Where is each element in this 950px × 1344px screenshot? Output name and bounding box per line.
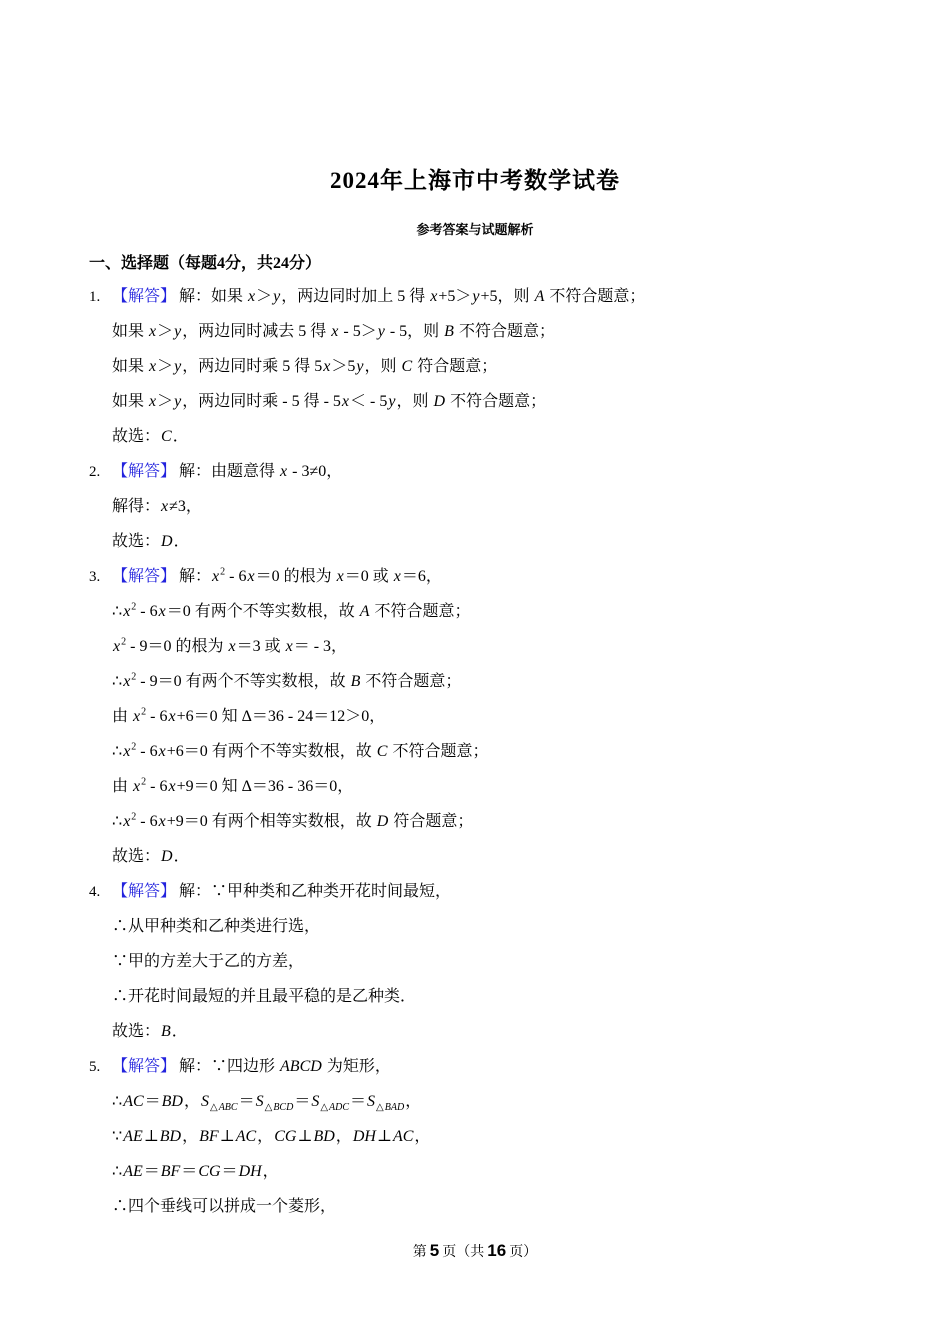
answer-text: 解：∵甲种类和乙种类开花时间最短， — [179, 883, 451, 900]
answer-text: 由 x2 - 6x+9＝0 知 Δ＝36 - 36＝0， — [112, 778, 353, 795]
answer-line: ∴AC＝BD，S△ABC＝S△BCD＝S△ADC＝S△BAD， — [0, 1084, 950, 1119]
answer-text: 解：由题意得 x - 3≠0， — [179, 463, 342, 480]
answer-label: 【解答】 — [112, 288, 176, 305]
answer-line: x2 - 9＝0 的根为 x＝3 或 x＝ - 3， — [0, 629, 950, 664]
answer-text: 解得：x≠3， — [112, 498, 202, 515]
answer-text: 解：如果 x＞y，两边同时加上 5 得 x+5＞y+5，则 A 不符合题意； — [179, 288, 645, 305]
answer-text: 由 x2 - 6x+6＝0 知 Δ＝36 - 24＝12＞0， — [112, 708, 385, 725]
answer-text: ∴x2 - 9＝0 有两个不等实数根，故 B 不符合题意； — [112, 673, 461, 690]
page-number: 5 — [427, 1241, 442, 1260]
answer-line: ∴AE＝BF＝CG＝DH， — [0, 1154, 950, 1189]
question-number: 2. — [89, 455, 112, 490]
answer-line: ∴开花时间最短的并且最平稳的是乙种类． — [0, 979, 950, 1014]
answer-label: 【解答】 — [112, 1058, 176, 1075]
answer-line: 如果 x＞y，两边同时乘 - 5 得 - 5x＜ - 5y，则 D 不符合题意； — [0, 384, 950, 419]
section-heading: 一、选择题（每题4分，共24分） — [89, 250, 321, 273]
answer-label: 【解答】 — [112, 883, 176, 900]
answer-line: ∴x2 - 6x+9＝0 有两个相等实数根，故 D 符合题意； — [0, 804, 950, 839]
answer-text: 故选：D． — [112, 848, 190, 865]
answer-line: ∵AE⊥BD，BF⊥AC，CG⊥BD，DH⊥AC， — [0, 1119, 950, 1154]
answer-text: 解：x2 - 6x＝0 的根为 x＝0 或 x＝6， — [179, 568, 442, 585]
answer-line: 故选：D． — [0, 524, 950, 559]
answer-line: ∴x2 - 6x+6＝0 有两个不等实数根，故 C 不符合题意； — [0, 734, 950, 769]
page-title: 2024年上海市中考数学试卷 — [0, 162, 950, 195]
answer-line: ∵甲的方差大于乙的方差， — [0, 944, 950, 979]
question-block: 5.【解答】解：∵四边形 ABCD 为矩形，∴AC＝BD，S△ABC＝S△BCD… — [0, 1049, 950, 1224]
answer-text: 故选：C． — [112, 428, 189, 445]
answer-text: ∴x2 - 6x＝0 有两个不等实数根，故 A 不符合题意； — [112, 603, 471, 620]
answer-text: 如果 x＞y，两边同时乘 5 得 5x＞5y，则 C 符合题意； — [112, 358, 497, 375]
question-number: 5. — [89, 1050, 112, 1085]
answer-text: 故选：B． — [112, 1023, 188, 1040]
footer-prefix: 第 — [413, 1245, 427, 1260]
answer-line: 1.【解答】解：如果 x＞y，两边同时加上 5 得 x+5＞y+5，则 A 不符… — [0, 279, 950, 314]
question-number: 3. — [89, 560, 112, 595]
answer-text: 如果 x＞y，两边同时减去 5 得 x - 5＞y - 5，则 B 不符合题意； — [112, 323, 555, 340]
answer-line: ∴x2 - 9＝0 有两个不等实数根，故 B 不符合题意； — [0, 664, 950, 699]
answer-line: 故选：D． — [0, 839, 950, 874]
answer-text: 解：∵四边形 ABCD 为矩形， — [179, 1058, 391, 1075]
answer-text: ∴开花时间最短的并且最平稳的是乙种类． — [112, 988, 416, 1005]
answer-text: ∴AE＝BF＝CG＝DH， — [112, 1163, 279, 1180]
answer-label: 【解答】 — [112, 568, 176, 585]
page-footer: 第5页（共16页） — [0, 1240, 950, 1264]
question-number: 4. — [89, 875, 112, 910]
footer-suffix: 页） — [509, 1245, 537, 1260]
total-pages: 16 — [484, 1241, 509, 1260]
answer-text: ∴AC＝BD，S△ABC＝S△BCD＝S△ADC＝S△BAD， — [112, 1093, 421, 1110]
questions-list: 1.【解答】解：如果 x＞y，两边同时加上 5 得 x+5＞y+5，则 A 不符… — [0, 279, 950, 1224]
footer-infix: 页（共 — [442, 1245, 484, 1260]
answer-line: ∴四个垂线可以拼成一个菱形， — [0, 1189, 950, 1224]
answer-text: ∴从甲种类和乙种类进行选， — [112, 918, 320, 935]
question-block: 1.【解答】解：如果 x＞y，两边同时加上 5 得 x+5＞y+5，则 A 不符… — [0, 279, 950, 454]
answer-line: 3.【解答】解：x2 - 6x＝0 的根为 x＝0 或 x＝6， — [0, 559, 950, 594]
question-block: 4.【解答】解：∵甲种类和乙种类开花时间最短，∴从甲种类和乙种类进行选，∵甲的方… — [0, 874, 950, 1049]
answer-text: ∴x2 - 6x+9＝0 有两个相等实数根，故 D 符合题意； — [112, 813, 473, 830]
answer-line: 5.【解答】解：∵四边形 ABCD 为矩形， — [0, 1049, 950, 1084]
answer-line: 故选：B． — [0, 1014, 950, 1049]
answer-line: ∴从甲种类和乙种类进行选， — [0, 909, 950, 944]
answer-line: 故选：C． — [0, 419, 950, 454]
document-page: 2024年上海市中考数学试卷 参考答案与试题解析 一、选择题（每题4分，共24分… — [0, 0, 950, 1344]
answer-line: 由 x2 - 6x+9＝0 知 Δ＝36 - 36＝0， — [0, 769, 950, 804]
question-block: 2.【解答】解：由题意得 x - 3≠0，解得：x≠3，故选：D． — [0, 454, 950, 559]
answer-text: x2 - 9＝0 的根为 x＝3 或 x＝ - 3， — [112, 638, 347, 655]
answer-label: 【解答】 — [112, 463, 176, 480]
answer-text: ∴x2 - 6x+6＝0 有两个不等实数根，故 C 不符合题意； — [112, 743, 488, 760]
answer-text: ∴四个垂线可以拼成一个菱形， — [112, 1198, 336, 1215]
answer-text: ∵AE⊥BD，BF⊥AC，CG⊥BD，DH⊥AC， — [112, 1128, 430, 1145]
answer-line: 4.【解答】解：∵甲种类和乙种类开花时间最短， — [0, 874, 950, 909]
answer-text: ∵甲的方差大于乙的方差， — [112, 953, 304, 970]
answer-line: 如果 x＞y，两边同时减去 5 得 x - 5＞y - 5，则 B 不符合题意； — [0, 314, 950, 349]
answer-line: ∴x2 - 6x＝0 有两个不等实数根，故 A 不符合题意； — [0, 594, 950, 629]
page-subtitle: 参考答案与试题解析 — [0, 219, 950, 238]
question-block: 3.【解答】解：x2 - 6x＝0 的根为 x＝0 或 x＝6，∴x2 - 6x… — [0, 559, 950, 874]
answer-text: 如果 x＞y，两边同时乘 - 5 得 - 5x＜ - 5y，则 D 不符合题意； — [112, 393, 546, 410]
question-number: 1. — [89, 280, 112, 315]
answer-line: 如果 x＞y，两边同时乘 5 得 5x＞5y，则 C 符合题意； — [0, 349, 950, 384]
answer-line: 2.【解答】解：由题意得 x - 3≠0， — [0, 454, 950, 489]
answer-text: 故选：D． — [112, 533, 190, 550]
answer-line: 由 x2 - 6x+6＝0 知 Δ＝36 - 24＝12＞0， — [0, 699, 950, 734]
answer-line: 解得：x≠3， — [0, 489, 950, 524]
